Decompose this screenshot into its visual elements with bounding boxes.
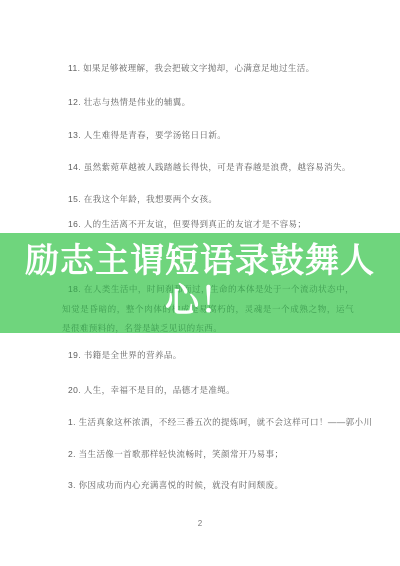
list-item: 1. 生活真象这杯浓酒，不经三番五次的提炼呵，就不会这样可口！——郭小川 [68, 416, 360, 428]
list-item: 16. 人的生活离不开友谊，但要得到真正的友谊才是不容易； [68, 218, 360, 230]
list-item: 12. 壮志与热情是伟业的辅翼。 [68, 96, 360, 108]
list-item: 11. 如果足够被理解，我会把破文字抛却，心满意足地过生活。 [68, 62, 360, 74]
title-banner: 18. 在人类生活中，时间刹那而过，生命的本体是处于一个流动状态中，知觉是昏暗的… [0, 233, 400, 333]
banner-title: 励志主谓短语录鼓舞人心！ [25, 241, 375, 321]
page-number: 2 [0, 519, 400, 528]
list-item: 15. 在我这个年龄，我想要两个女孩。 [68, 193, 360, 205]
list-item: 3. 你因成功而内心充满喜悦的时候，就没有时间颓废。 [68, 479, 360, 491]
document-page: 11. 如果足够被理解，我会把破文字抛却，心满意足地过生活。 12. 壮志与热情… [0, 0, 400, 566]
list-item: 2. 当生活像一首歌那样轻快流畅时，笑颜常开乃易事； [68, 448, 360, 460]
list-item: 14. 虽然紫菀草越被人践踏越长得快，可是青春越是浪费，越容易消失。 [68, 161, 360, 173]
list-item: 20. 人生，幸福不是目的，品德才是准绳。 [68, 384, 360, 396]
list-item: 19. 书籍是全世界的营养品。 [68, 349, 360, 361]
list-item: 13. 人生难得是青春，要学汤铭日日新。 [68, 129, 360, 141]
